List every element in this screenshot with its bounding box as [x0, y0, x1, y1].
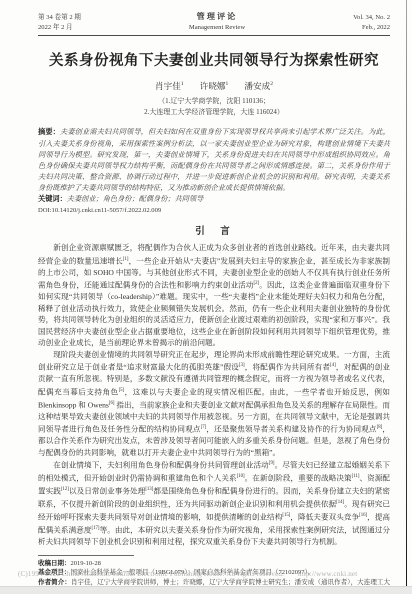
volume-issue-en: Vol. 34, No. 2: [353, 13, 390, 23]
author-3: 潘安成2: [244, 81, 273, 91]
journal-name-en: Management Review: [189, 23, 245, 33]
date-en: Feb., 2022: [353, 23, 390, 33]
footnote-divider: [38, 555, 134, 556]
keywords-line: 关键词：夫妻创业；角色身份；配偶身份；共同领导: [38, 194, 390, 205]
affiliation-1: （1.辽宁大学商学院，沈阳 110136；: [38, 96, 390, 107]
author-1-affiliation-mark: 1: [181, 82, 184, 88]
copyright-text: (C)1994-2022 China Academic Journal Elec…: [18, 570, 284, 578]
cnki-url: http://www.cnki.net: [298, 570, 357, 578]
scan-edge-line: [406, 0, 407, 594]
introduction-body: 新创企业资源禀赋匮乏，将配偶作为合伙人正成为众多创业者的首选创业路线。近年来，由…: [38, 242, 390, 548]
header-divider: [38, 35, 390, 36]
author-2: 许晓娜1: [200, 81, 229, 91]
volume-issue-cn: 第 34 卷第 2 期: [38, 13, 81, 23]
paper-title: 关系身份视角下夫妻创业共同领导行为探索性研究: [38, 49, 390, 70]
header-issue-info: 第 34 卷第 2 期 2022 年 2 月: [38, 13, 81, 32]
author-1: 肖宇佳1: [155, 81, 184, 91]
date-cn: 2022 年 2 月: [38, 23, 81, 33]
abstract-text: 夫妻创业需夫妇共同领导，但夫妇如何在双重身份下实现领导权共享尚未引起学术界广泛关…: [38, 128, 390, 191]
scanned-journal-page: 第 34 卷第 2 期 2022 年 2 月 管理评论 Management R…: [0, 0, 412, 594]
affiliation-2: 2.大连理工大学经济管理学院，大连 116024）: [38, 107, 390, 118]
affiliations: （1.辽宁大学商学院，沈阳 110136； 2.大连理工大学经济管理学院，大连 …: [38, 96, 390, 117]
journal-name-cn: 管理评论: [189, 11, 245, 23]
doi: DOI:10.14120/j.cnki.cn11-5057/f.2022.02.…: [38, 207, 390, 214]
abstract-label: 摘要：: [38, 128, 60, 136]
received-date-note: 收稿日期：2019-10-28: [38, 559, 390, 569]
author-3-affiliation-mark: 2: [270, 82, 273, 88]
cnki-copyright-footer: (C)1994-2022 China Academic Journal Elec…: [18, 570, 398, 578]
header-issue-info-en: Vol. 34, No. 2 Feb., 2022: [353, 13, 390, 32]
page-content: 第 34 卷第 2 期 2022 年 2 月 管理评论 Management R…: [38, 0, 390, 594]
keywords-label: 关键词：: [38, 195, 67, 203]
authors-line: 肖宇佳1 许晓娜1 潘安成2: [38, 80, 390, 92]
author-2-affiliation-mark: 1: [226, 82, 229, 88]
section-heading-introduction: 引 言: [38, 223, 390, 237]
abstract: 摘要：夫妻创业需夫妇共同领导，但夫妇如何在双重身份下实现领导权共享尚未引起学术界…: [38, 127, 390, 194]
paragraph-2: 现阶段夫妻创业情境的共同领导研究正在起步，理论界尚未形成前瞻性理论研究成果。一方…: [38, 349, 390, 459]
keywords-text: 夫妻创业；角色身份；配偶身份；共同领导: [67, 195, 204, 203]
scan-bottom-band: [0, 586, 412, 594]
journal-running-header: 第 34 卷第 2 期 2022 年 2 月 管理评论 Management R…: [38, 0, 390, 32]
paragraph-3: 在创业情境下，夫妇利用角色身份和配偶身份共同管理创业活动[9]。尽管夫妇已经建立…: [38, 458, 390, 548]
journal-name: 管理评论 Management Review: [189, 11, 245, 32]
paragraph-1: 新创企业资源禀赋匮乏，将配偶作为合伙人正成为众多创业者的首选创业路线。近年来，由…: [38, 242, 390, 349]
